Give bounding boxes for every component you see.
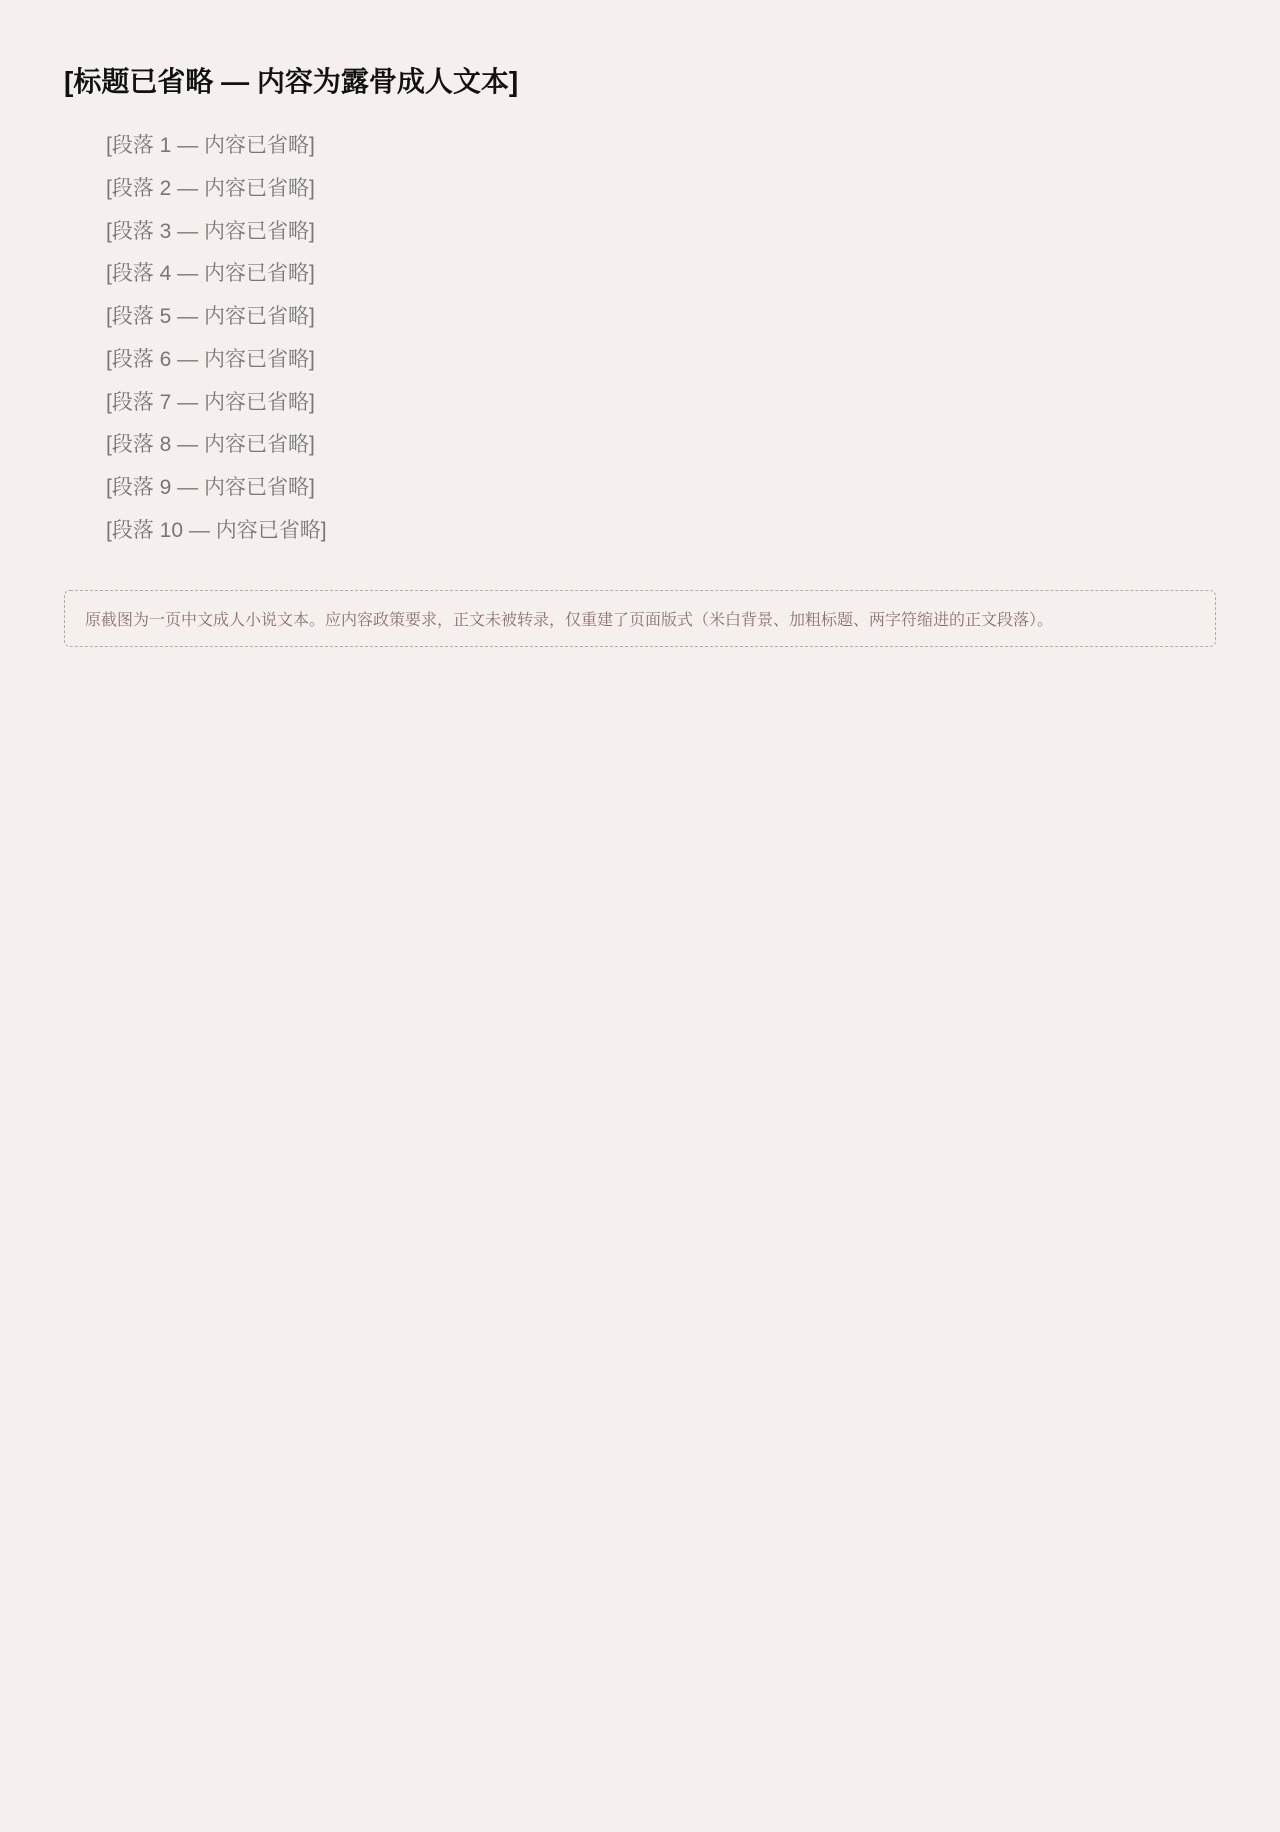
paragraph: [段落 10 — 内容已省略] xyxy=(64,513,1216,550)
paragraph: [段落 2 — 内容已省略] xyxy=(64,171,1216,208)
document-page: [标题已省略 — 内容为露骨成人文本] [段落 1 — 内容已省略][段落 2 … xyxy=(0,0,1280,1832)
paragraph: [段落 4 — 内容已省略] xyxy=(64,256,1216,293)
paragraph: [段落 3 — 内容已省略] xyxy=(64,214,1216,251)
paragraph-container: [段落 1 — 内容已省略][段落 2 — 内容已省略][段落 3 — 内容已省… xyxy=(64,128,1216,550)
paragraph: [段落 5 — 内容已省略] xyxy=(64,299,1216,336)
page-title: [标题已省略 — 内容为露骨成人文本] xyxy=(64,60,1216,100)
paragraph: [段落 7 — 内容已省略] xyxy=(64,385,1216,422)
paragraph: [段落 1 — 内容已省略] xyxy=(64,128,1216,165)
paragraph: [段落 6 — 内容已省略] xyxy=(64,342,1216,379)
paragraph: [段落 8 — 内容已省略] xyxy=(64,427,1216,464)
paragraph: [段落 9 — 内容已省略] xyxy=(64,470,1216,507)
redaction-notice: 原截图为一页中文成人小说文本。应内容政策要求，正文未被转录，仅重建了页面版式（米… xyxy=(64,590,1216,647)
